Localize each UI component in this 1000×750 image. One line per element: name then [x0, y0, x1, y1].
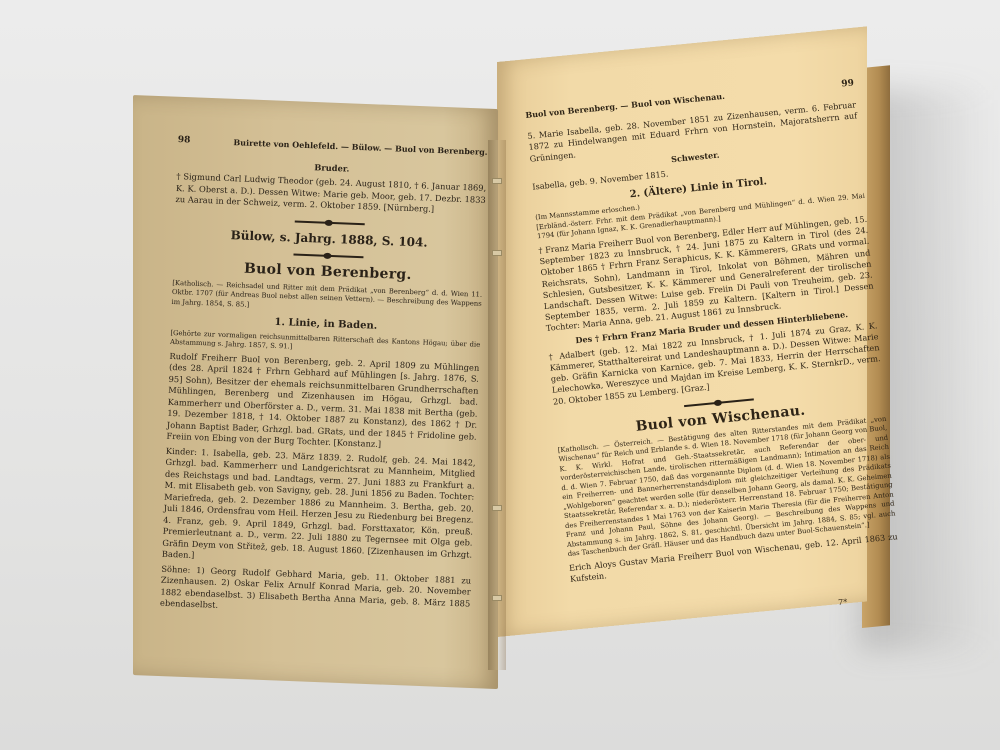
binding-stitch: [492, 505, 502, 511]
open-book: 98 Buirette von Oehlefeld. — Bülow. — Bu…: [0, 0, 1000, 750]
binding-stitch: [492, 178, 502, 184]
signature-mark: 7*: [838, 598, 847, 607]
rudolf-entry: Rudolf Freiherr Buol von Berenberg, geb.…: [166, 350, 479, 454]
sohne-entry: Söhne: 1) Georg Rudolf Gebhard Maria, ge…: [160, 563, 472, 621]
bulow-heading: Bülow, s. Jahrg. 1888, S. 104.: [174, 227, 484, 250]
binding-stitch: [492, 250, 502, 256]
page-number-left: 98: [178, 135, 191, 147]
binding-stitch: [492, 595, 502, 601]
kinder-entry: Kinder: 1. Isabella, geb. 23. März 1839.…: [162, 445, 476, 572]
family-intro: [Katholisch. — Reichsadel und Ritter mit…: [171, 278, 482, 318]
right-page-text: Buol von Berenberg. — Buol von Wischenau…: [525, 78, 900, 588]
photo-scene: 98 Buirette von Oehlefeld. — Bülow. — Bu…: [0, 0, 1000, 750]
ornament-divider: [295, 220, 365, 225]
left-page-text: 98 Buirette von Oehlefeld. — Bülow. — Bu…: [160, 135, 488, 624]
ornament-divider: [684, 398, 754, 407]
gutter: [488, 140, 506, 670]
page-number-right: 99: [841, 78, 855, 90]
ornament-divider: [293, 254, 363, 259]
